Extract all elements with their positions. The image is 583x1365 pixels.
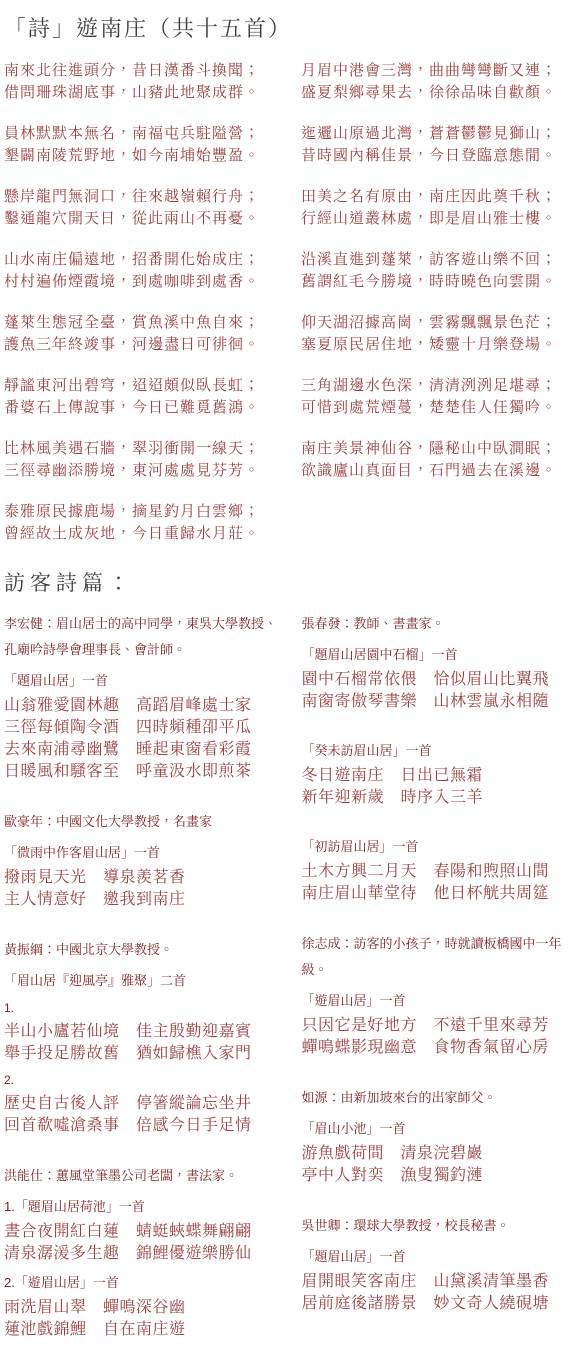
visitor-section-header: 訪客詩篇： bbox=[4, 567, 581, 599]
visitor-poem-line: 撥雨見天光 導泉羨茗香 bbox=[4, 867, 284, 889]
visitor-poem-line: 回首欷噓滄桑事 倍感今日手足情 bbox=[4, 1115, 284, 1137]
visitor-poem-line: 蟬鳴蝶影現幽意 食物香氣留心房 bbox=[302, 1037, 582, 1059]
visitor-poem: 只因它是好地方 不遠千里來尋芳蟬鳴蝶影現幽意 食物香氣留心房 bbox=[302, 1015, 582, 1059]
visitor-poem-title: 「題眉山居園中石榴」一首 bbox=[302, 643, 582, 667]
visitor-poem-line: 南窗寄傲琴書樂 山林雲嵐永相隨 bbox=[302, 691, 582, 713]
visitor-poem-line: 蓮池戲錦鯉 自在南庄遊 bbox=[4, 1319, 284, 1341]
visitor-poem-line: 新年迎新歲 時序入三羊 bbox=[302, 787, 582, 809]
poem-line: 沿溪直進到蓬萊，訪客遊山樂不回； bbox=[301, 249, 581, 271]
poem-row: 比林風美遇石牆，翠羽衝開一線天；三徑尋幽添勝境，東河處處見芬芳。南庄美景神仙谷，… bbox=[4, 438, 581, 482]
visitor-poem-number: 1. bbox=[4, 997, 284, 1019]
poem-row: 蓬萊生態冠全臺，賞魚溪中魚自來；護魚三年終竣事，河邊盡日可徘徊。仰天湖沼據高崗，… bbox=[4, 312, 581, 356]
visitor-section: 李宏健：眉山居士的高中同學，東吳大學教授、孔廟吟詩學會理事長、會計師。「題眉山居… bbox=[4, 609, 581, 1345]
visitor-poem: 土木方興二月天 春陽和煦照山間南庄眉山華堂待 他日杯觥共周筵 bbox=[302, 861, 582, 905]
visitor-poem-line: 山翁雅愛園林趣 高蹈眉峰處士家 bbox=[4, 695, 284, 717]
visitor-poem-title: 「初訪眉山居」一首 bbox=[302, 835, 582, 859]
visitor-poem: 山翁雅愛園林趣 高蹈眉峰處士家三徑每傾陶令酒 四時頻種卲平瓜去來南浦尋幽鷺 睡起… bbox=[4, 695, 284, 783]
visitor-poem-title: 「題眉山居」一首 bbox=[302, 1245, 582, 1269]
visitor-poem-line: 只因它是好地方 不遠千里來尋芳 bbox=[302, 1015, 582, 1037]
poem-line: 南庄美景神仙谷，隱秘山中臥澗眠； bbox=[301, 438, 581, 460]
visitor-poem-line: 清泉潺湲多生趣 錦鯉優遊樂勝仙 bbox=[4, 1243, 284, 1265]
visitor-poem: 眉開眼笑客南庄 山黛溪清筆墨香居前庭後諸勝景 妙文奇人繞硯塘 bbox=[302, 1271, 582, 1315]
poem-line: 曾經故土成灰地，今日重歸水月莊。 bbox=[4, 523, 301, 545]
visitor-poem-line: 晝合夜開紅白蓮 蜻蜓蛺蝶舞翩翩 bbox=[4, 1221, 284, 1243]
visitor-poem-line: 亭中人對奕 漁叟獨釣漣 bbox=[302, 1165, 582, 1187]
poem-7-left: 比林風美遇石牆，翠羽衝開一線天；三徑尋幽添勝境，東河處處見芬芳。 bbox=[4, 438, 301, 482]
poem-line: 舊謂紅毛今勝境，時時曉色向雲開。 bbox=[301, 271, 581, 293]
poem-4-right: 沿溪直進到蓬萊，訪客遊山樂不回；舊謂紅毛今勝境，時時曉色向雲開。 bbox=[301, 249, 581, 293]
visitor-bio: 徐志成：訪客的小孩子，時就讀板橋國中一年級。 bbox=[302, 931, 582, 983]
poem-4-left: 山水南庄偏遠地，招番開化始成庄；村村遍佈煙霞境，到處咖啡到處香。 bbox=[4, 249, 301, 293]
visitor-poem: 游魚戲荷間 清泉浣碧巖亭中人對奕 漁叟獨釣漣 bbox=[302, 1143, 582, 1187]
visitor-poem-line: 日暖風和騷客至 呼童汲水即煎茶 bbox=[4, 761, 284, 783]
poem-line: 護魚三年終竣事，河邊盡日可徘徊。 bbox=[4, 334, 301, 356]
visitor-poem-title: 「遊眉山居」一首 bbox=[302, 989, 582, 1013]
visitor-poem-title: 「癸未訪眉山居」一首 bbox=[302, 739, 582, 763]
visitor-bio: 如源：由新加坡來台的出家師父。 bbox=[302, 1085, 582, 1111]
visitor-poem: 冬日遊南庄 日出已無霜新年迎新歲 時序入三羊 bbox=[302, 765, 582, 809]
poem-row: 懸岸龍門無洞口，往來越嶺賴行舟；鑿通龍穴開天日，從此兩山不再憂。田美之名有原由，… bbox=[4, 186, 581, 230]
poem-line: 靜謐東河出碧穹，迢迢頗似臥長虹； bbox=[4, 375, 301, 397]
poem-line: 蓬萊生態冠全臺，賞魚溪中魚自來； bbox=[4, 312, 301, 334]
poem-5-left: 蓬萊生態冠全臺，賞魚溪中魚自來；護魚三年終竣事，河邊盡日可徘徊。 bbox=[4, 312, 301, 356]
poem-3-right: 田美之名有原由，南庄因此奠千秋；行經山道叢林處，即是眉山雅士樓。 bbox=[301, 186, 581, 230]
visitor-poem-line: 居前庭後諸勝景 妙文奇人繞硯塘 bbox=[302, 1293, 582, 1315]
poem-line: 墾闢南陵荒野地，如今南埔始豐盈。 bbox=[4, 145, 301, 167]
visitor-poem: 歷史自古後人評 停箸縱論忘坐井回首欷噓滄桑事 倍感今日手足情 bbox=[4, 1093, 284, 1137]
visitor-bio: 吳世卿：環球大學教授，校長秘書。 bbox=[302, 1213, 582, 1239]
visitor-poem-line: 去來南浦尋幽鷺 睡起東窗看彩霞 bbox=[4, 739, 284, 761]
poem-line: 比林風美遇石牆，翠羽衝開一線天； bbox=[4, 438, 301, 460]
visitor-bio: 孔廟吟詩學會理事長、會計師。 bbox=[4, 637, 284, 663]
visitor-poem-line: 南庄眉山華堂待 他日杯觥共周筵 bbox=[302, 883, 582, 905]
poem-line: 塞夏原民居住地，矮靈十月樂登場。 bbox=[301, 334, 581, 356]
visitor-poem-line: 雨洗眉山翠 蟬鳴深谷幽 bbox=[4, 1297, 284, 1319]
visitor-bio: 洪能仕：蕙風堂筆墨公司老闆，書法家。 bbox=[4, 1163, 284, 1189]
visitor-bio: 黃振綱：中國北京大學教授。 bbox=[4, 937, 284, 963]
poem-8-right bbox=[301, 501, 581, 545]
visitor-poem: 園中石榴常依偎 恰似眉山比翼飛南窗寄傲琴書樂 山林雲嵐永相隨 bbox=[302, 669, 582, 713]
poem-line: 鑿通龍穴開天日，從此兩山不再憂。 bbox=[4, 208, 301, 230]
poem-5-right: 仰天湖沼據高崗，雲霧飄飄景色茫；塞夏原民居住地，矮靈十月樂登場。 bbox=[301, 312, 581, 356]
visitor-poem: 雨洗眉山翠 蟬鳴深谷幽蓮池戲錦鯉 自在南庄遊 bbox=[4, 1297, 284, 1341]
poem-line: 行經山道叢林處，即是眉山雅士樓。 bbox=[301, 208, 581, 230]
poem-line: 迤邐山原過北灣，蒼蒼鬱鬱見獅山； bbox=[301, 123, 581, 145]
visitor-bio: 李宏健：眉山居士的高中同學，東吳大學教授、 bbox=[4, 611, 284, 637]
poem-line: 昔時國內稱佳景，今日登臨意態閒。 bbox=[301, 145, 581, 167]
poem-line: 三徑尋幽添勝境，東河處處見芬芳。 bbox=[4, 460, 301, 482]
poem-line: 仰天湖沼據高崗，雲霧飄飄景色茫； bbox=[301, 312, 581, 334]
poem-row: 靜謐東河出碧穹，迢迢頗似臥長虹；番婆石上傳說事，今日已難覓舊鴻。三角湖邊水色深，… bbox=[4, 375, 581, 419]
visitor-poem-line: 土木方興二月天 春陽和煦照山間 bbox=[302, 861, 582, 883]
poem-line: 泰雅原民據鹿場，摘星釣月白雲鄉； bbox=[4, 501, 301, 523]
visitor-poem-line: 眉開眼笑客南庄 山黛溪清筆墨香 bbox=[302, 1271, 582, 1293]
poem-line: 山水南庄偏遠地，招番開化始成庄； bbox=[4, 249, 301, 271]
poem-line: 田美之名有原由，南庄因此奠千秋； bbox=[301, 186, 581, 208]
visitor-poem: 半山小廬若仙境 佳主殷勤迎嘉賓舉手投足勝故舊 猶如歸樵入家門 bbox=[4, 1021, 284, 1065]
visitor-poem-line: 半山小廬若仙境 佳主殷勤迎嘉賓 bbox=[4, 1021, 284, 1043]
poem-3-left: 懸岸龍門無洞口，往來越嶺賴行舟；鑿通龍穴開天日，從此兩山不再憂。 bbox=[4, 186, 301, 230]
poem-line: 可惜到處荒煙蔓，楚楚佳人任獨吟。 bbox=[301, 397, 581, 419]
poetry-page: 「詩」遊南庄（共十五首） 南來北往進頭分，昔日漢番斗換聞；借問珊珠湖底事，山豬此… bbox=[0, 0, 583, 1365]
poem-line: 村村遍佈煙霞境，到處咖啡到處香。 bbox=[4, 271, 301, 293]
visitor-poem: 撥雨見天光 導泉羨茗香主人情意好 邀我到南庄 bbox=[4, 867, 284, 911]
visitor-column-right: 張春發：教師、書畫家。「題眉山居園中石榴」一首園中石榴常依偎 恰似眉山比翼飛南窗… bbox=[302, 609, 582, 1319]
poem-row: 南來北往進頭分，昔日漢番斗換聞；借問珊珠湖底事，山豬此地聚成群。月眉中港會三灣，… bbox=[4, 60, 581, 104]
visitor-bio: 歐豪年：中國文化大學教授，名畫家 bbox=[4, 809, 284, 835]
visitor-poem-line: 三徑每傾陶令酒 四時頻種卲平瓜 bbox=[4, 717, 284, 739]
visitor-poem: 晝合夜開紅白蓮 蜻蜓蛺蝶舞翩翩清泉潺湲多生趣 錦鯉優遊樂勝仙 bbox=[4, 1221, 284, 1265]
poem-1-right: 月眉中港會三灣，曲曲彎彎斷又連；盛夏梨鄉尋果去，徐徐品味自歡顏。 bbox=[301, 60, 581, 104]
poem-6-left: 靜謐東河出碧穹，迢迢頗似臥長虹；番婆石上傳說事，今日已難覓舊鴻。 bbox=[4, 375, 301, 419]
poem-7-right: 南庄美景神仙谷，隱秘山中臥澗眠；欲識廬山真面目，石門過去在溪邊。 bbox=[301, 438, 581, 482]
visitor-poem-line: 游魚戲荷間 清泉浣碧巖 bbox=[302, 1143, 582, 1165]
main-poem-section: 南來北往進頭分，昔日漢番斗換聞；借問珊珠湖底事，山豬此地聚成群。月眉中港會三灣，… bbox=[4, 60, 581, 545]
poem-line: 月眉中港會三灣，曲曲彎彎斷又連； bbox=[301, 60, 581, 82]
visitor-poem-title: 「眉山小池」一首 bbox=[302, 1117, 582, 1141]
poem-line: 欲識廬山真面目，石門過去在溪邊。 bbox=[301, 460, 581, 482]
page-title: 「詩」遊南庄（共十五首） bbox=[4, 12, 581, 46]
visitor-poem-line: 主人情意好 邀我到南庄 bbox=[4, 889, 284, 911]
visitor-poem-line: 舉手投足勝故舊 猶如歸樵入家門 bbox=[4, 1043, 284, 1065]
visitor-poem-number: 2. bbox=[4, 1069, 284, 1091]
poem-line: 盛夏梨鄉尋果去，徐徐品味自歡顏。 bbox=[301, 82, 581, 104]
poem-line: 南來北往進頭分，昔日漢番斗換聞； bbox=[4, 60, 301, 82]
poem-line: 員林默默本無名，南福屯兵駐隘營； bbox=[4, 123, 301, 145]
visitor-poem-title: 1.「題眉山居荷池」一首 bbox=[4, 1195, 284, 1219]
visitor-poem-line: 冬日遊南庄 日出已無霜 bbox=[302, 765, 582, 787]
visitor-poem-title: 2.「遊眉山居」一首 bbox=[4, 1271, 284, 1295]
poem-line: 懸岸龍門無洞口，往來越嶺賴行舟； bbox=[4, 186, 301, 208]
poem-6-right: 三角湖邊水色深，清清洌洌足堪尋；可惜到處荒煙蔓，楚楚佳人任獨吟。 bbox=[301, 375, 581, 419]
visitor-column-left: 李宏健：眉山居士的高中同學，東吳大學教授、孔廟吟詩學會理事長、會計師。「題眉山居… bbox=[4, 609, 284, 1345]
visitor-poem-title: 「微雨中作客眉山居」一首 bbox=[4, 841, 284, 865]
poem-line: 借問珊珠湖底事，山豬此地聚成群。 bbox=[4, 82, 301, 104]
poem-row: 山水南庄偏遠地，招番開化始成庄；村村遍佈煙霞境，到處咖啡到處香。沿溪直進到蓬萊，… bbox=[4, 249, 581, 293]
poem-row: 泰雅原民據鹿場，摘星釣月白雲鄉；曾經故土成灰地，今日重歸水月莊。 bbox=[4, 501, 581, 545]
visitor-poem-title: 「題眉山居」一首 bbox=[4, 669, 284, 693]
visitor-poem-line: 歷史自古後人評 停箸縱論忘坐井 bbox=[4, 1093, 284, 1115]
poem-1-left: 南來北往進頭分，昔日漢番斗換聞；借問珊珠湖底事，山豬此地聚成群。 bbox=[4, 60, 301, 104]
poem-2-right: 迤邐山原過北灣，蒼蒼鬱鬱見獅山；昔時國內稱佳景，今日登臨意態閒。 bbox=[301, 123, 581, 167]
poem-line: 番婆石上傳說事，今日已難覓舊鴻。 bbox=[4, 397, 301, 419]
visitor-poem-line: 園中石榴常依偎 恰似眉山比翼飛 bbox=[302, 669, 582, 691]
visitor-bio: 張春發：教師、書畫家。 bbox=[302, 611, 582, 637]
poem-8-left: 泰雅原民據鹿場，摘星釣月白雲鄉；曾經故土成灰地，今日重歸水月莊。 bbox=[4, 501, 301, 545]
poem-line: 三角湖邊水色深，清清洌洌足堪尋； bbox=[301, 375, 581, 397]
poem-2-left: 員林默默本無名，南福屯兵駐隘營；墾闢南陵荒野地，如今南埔始豐盈。 bbox=[4, 123, 301, 167]
visitor-poem-title: 「眉山居『迎風亭』雅聚」二首 bbox=[4, 969, 284, 993]
poem-row: 員林默默本無名，南福屯兵駐隘營；墾闢南陵荒野地，如今南埔始豐盈。迤邐山原過北灣，… bbox=[4, 123, 581, 167]
